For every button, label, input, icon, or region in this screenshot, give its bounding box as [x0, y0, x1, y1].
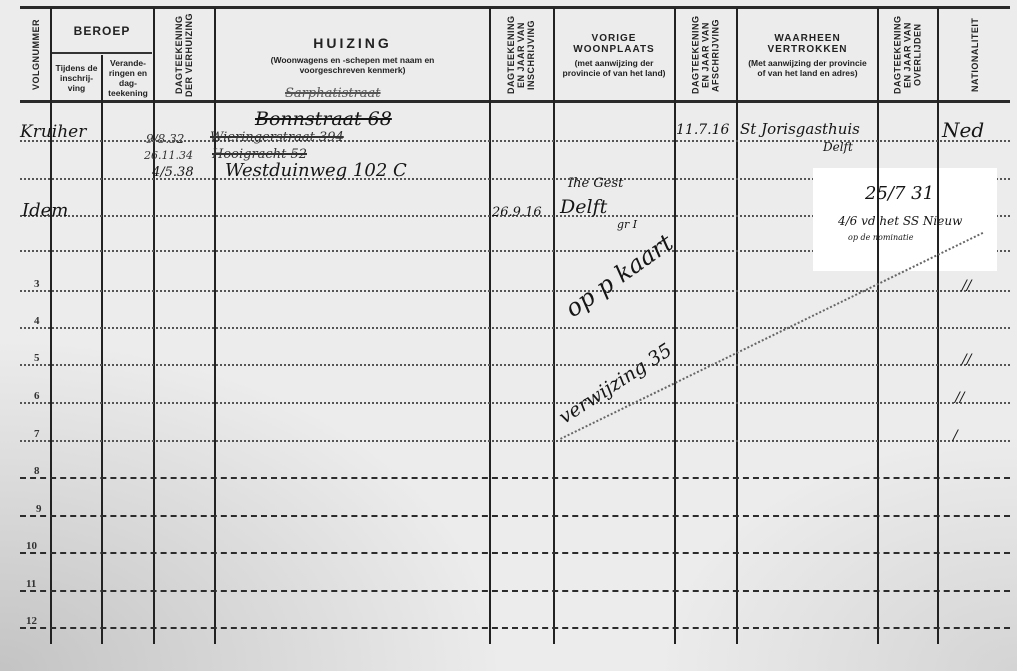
row-line-8 — [20, 477, 1010, 479]
header-dagteekening-verhuizing: DAGTEEKENING DER VERHUIZING — [158, 12, 210, 98]
entry-vorige-woonplaats-3: gr I — [617, 218, 637, 231]
ditto-mark-5: // — [962, 352, 971, 368]
row-line-10 — [20, 552, 1010, 554]
col-line-7 — [674, 8, 676, 644]
header-beroep-label: BEROEP — [74, 24, 131, 38]
diagonal-note-2: verwijzing 35 — [555, 339, 676, 428]
header-beroep-tijdens-label: Tijdens de inschrij-ving — [52, 63, 101, 93]
col-line-3 — [153, 8, 155, 644]
header-waarheen: WAARHEEN VERTROKKEN (Met aanwijzing der … — [738, 10, 877, 100]
header-nationaliteit: NATIONALITEIT — [940, 12, 1010, 98]
row-number-5: 5 — [34, 352, 40, 364]
row-number-7: 7 — [34, 428, 40, 440]
entry-huizing-line1: Bonnstraat 68 — [255, 108, 392, 130]
entry-afschrijving-1: 11.7.16 — [676, 122, 729, 138]
row-number-3: 3 — [34, 278, 40, 290]
ditto-mark-6: // — [955, 390, 964, 406]
header-vorige-title: VORIGE WOONPLAATS — [569, 33, 659, 55]
row-number-11: 11 — [26, 578, 36, 590]
col-line-8 — [736, 8, 738, 644]
entry-beroep-2: Idem — [22, 200, 68, 221]
row-line-11 — [20, 590, 1010, 592]
header-huizing-title: HUIZING — [313, 35, 392, 51]
entry-nationaliteit-1: Ned — [942, 118, 984, 142]
header-beroep: BEROEP — [52, 10, 152, 52]
header-waarheen-sub: (Met aanwijzing der provincie of van het… — [745, 58, 870, 78]
entry-verhuizing-1: 9/8.32 — [146, 132, 184, 146]
register-card: VOLGNUMMER BEROEP Tijdens de inschrij-vi… — [0, 0, 1017, 671]
row-number-4: 4 — [34, 315, 40, 327]
col-line-2 — [101, 55, 103, 644]
ditto-mark-3: // — [962, 278, 971, 294]
header-beroep-veranderingen: Verande-ringen en dag-teekening — [103, 55, 153, 100]
row-line-12 — [20, 627, 1010, 629]
entry-overlijden-note-3: op de nominatie — [848, 233, 913, 242]
ditto-mark-7: / — [953, 428, 958, 444]
col-line-5 — [489, 8, 491, 644]
entry-verhuizing-2: 26.11.34 — [144, 149, 193, 162]
header-volgnummer: VOLGNUMMER — [24, 12, 48, 98]
entry-huizing-struck-top: Sarphatistraat — [285, 86, 381, 101]
beroep-split-line — [52, 52, 152, 54]
header-vorige-sub: (met aanwijzing der provincie of van het… — [562, 58, 667, 78]
header-waarheen-title: WAARHEEN VERTROKKEN — [758, 33, 858, 55]
entry-waarheen-1: St Jorisgasthuis — [740, 120, 860, 138]
header-dagteekening-overlijden: DAGTEEKENING EN JAAR VAN OVERLIJDEN — [880, 12, 935, 98]
header-dagteekening-afschrijving: DAGTEEKENING EN JAAR VAN AFSCHRIJVING — [677, 12, 734, 98]
row-line-9 — [20, 515, 1010, 517]
entry-waarheen-1b: Delft — [823, 140, 853, 154]
diagonal-note-1: op p kaart — [560, 228, 678, 322]
row-line-5 — [20, 364, 1010, 366]
col-line-6 — [553, 8, 555, 644]
header-beroep-veranderingen-label: Verande-ringen en dag-teekening — [103, 58, 153, 98]
col-line-9 — [877, 8, 879, 644]
top-border-line — [20, 6, 1010, 9]
header-vorige-woonplaats: VORIGE WOONPLAATS (met aanwijzing der pr… — [555, 10, 673, 100]
row-line-6 — [20, 402, 1010, 404]
entry-beroep-1: Kruiher — [20, 122, 86, 142]
entry-overlijden-note-2: 4/6 vd het SS Nieuw — [838, 214, 962, 228]
entry-vorige-woonplaats-2: Delft — [560, 196, 607, 218]
col-line-1 — [50, 8, 52, 644]
row-line-7 — [20, 440, 1010, 442]
row-number-6: 6 — [34, 390, 40, 402]
header-beroep-tijdens: Tijdens de inschrij-ving — [52, 55, 101, 100]
row-number-12: 12 — [26, 615, 37, 627]
entry-overlijden-note-1: 25/7 31 — [865, 183, 934, 204]
col-line-10 — [937, 8, 939, 644]
header-huizing-sub: (Woonwagens en -schepen met naam en voor… — [243, 55, 463, 75]
header-dagteekening-inschrijving: DAGTEEKENING EN JAAR VAN INSCHRIJVING — [492, 12, 550, 98]
entry-verhuizing-3: 4/5.38 — [152, 165, 194, 180]
entry-huizing-3: Westduinweg 102 C — [225, 160, 407, 181]
entry-huizing-1: Wieringerstraat 394 — [210, 130, 344, 145]
col-line-4 — [214, 8, 216, 644]
row-number-10: 10 — [26, 540, 37, 552]
entry-inschrijving-2: 26.9.16 — [492, 205, 542, 220]
row-number-9: 9 — [36, 503, 42, 515]
row-number-8: 8 — [34, 465, 40, 477]
entry-vorige-woonplaats-1: Ihe Gest — [568, 176, 623, 191]
header-bottom-line — [20, 100, 1010, 103]
row-line-4 — [20, 327, 1010, 329]
